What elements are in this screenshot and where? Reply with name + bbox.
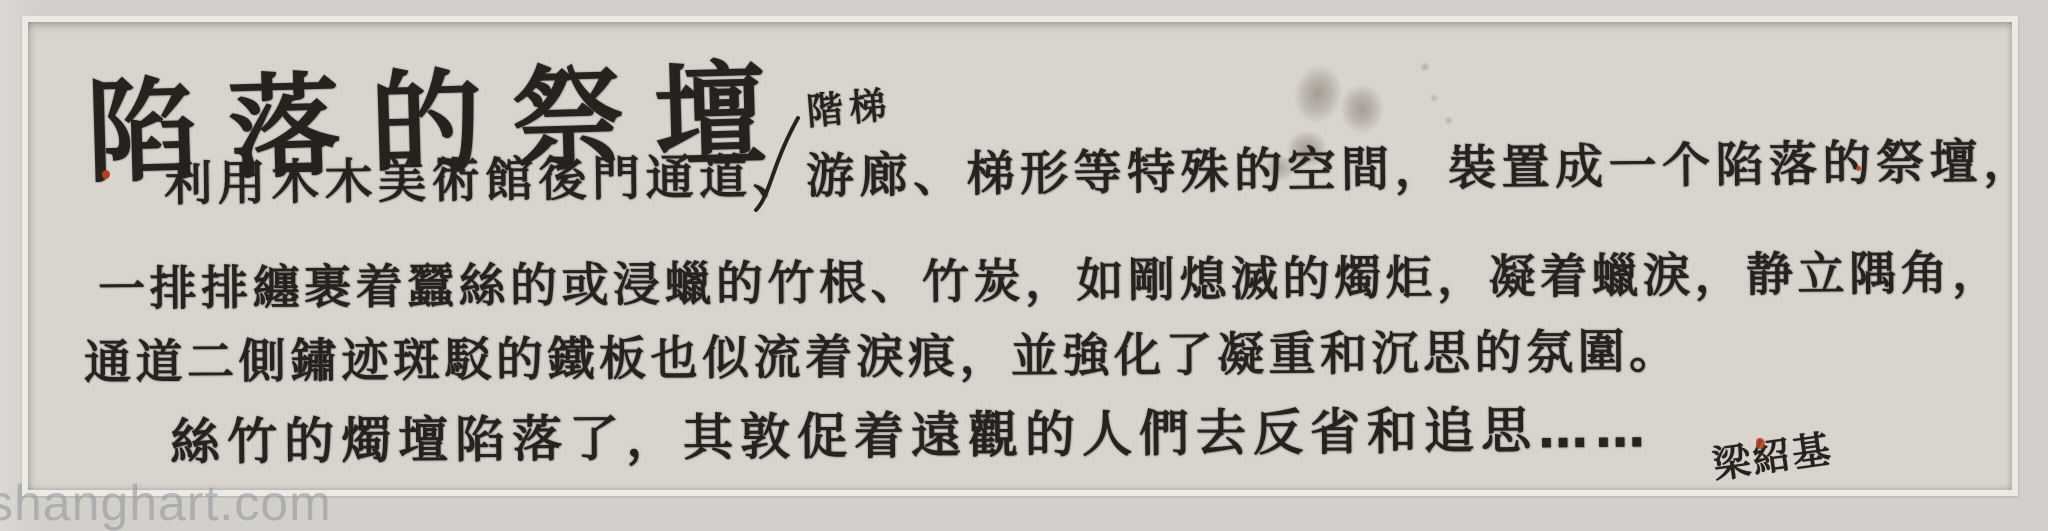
- ink-speckle: [1444, 116, 1453, 125]
- gallery-watermark: shanghart.com: [0, 474, 332, 531]
- ink-stain: [1288, 60, 1347, 129]
- calligraphy-line-4: 絲竹的燭壇陷落了，其敦促着遠觀的人們去反省和追思……: [170, 390, 1653, 475]
- ink-stain: [1340, 84, 1384, 134]
- red-paint-speck: [1756, 438, 1765, 449]
- ink-speckle: [1430, 94, 1438, 102]
- artwork-photo: { "artwork": { "title": "陷落的祭壇", "insert…: [0, 0, 2048, 531]
- ink-speckle: [1420, 62, 1430, 72]
- insertion-note: 階梯: [804, 74, 894, 135]
- red-paint-speck: [102, 170, 110, 179]
- red-paint-speck: [1856, 166, 1861, 171]
- calligraphy-line-3: 通道二側鏽迹斑駁的鐵板也似流着淚痕，並強化了凝重和沉思的氛圍。: [84, 314, 1681, 392]
